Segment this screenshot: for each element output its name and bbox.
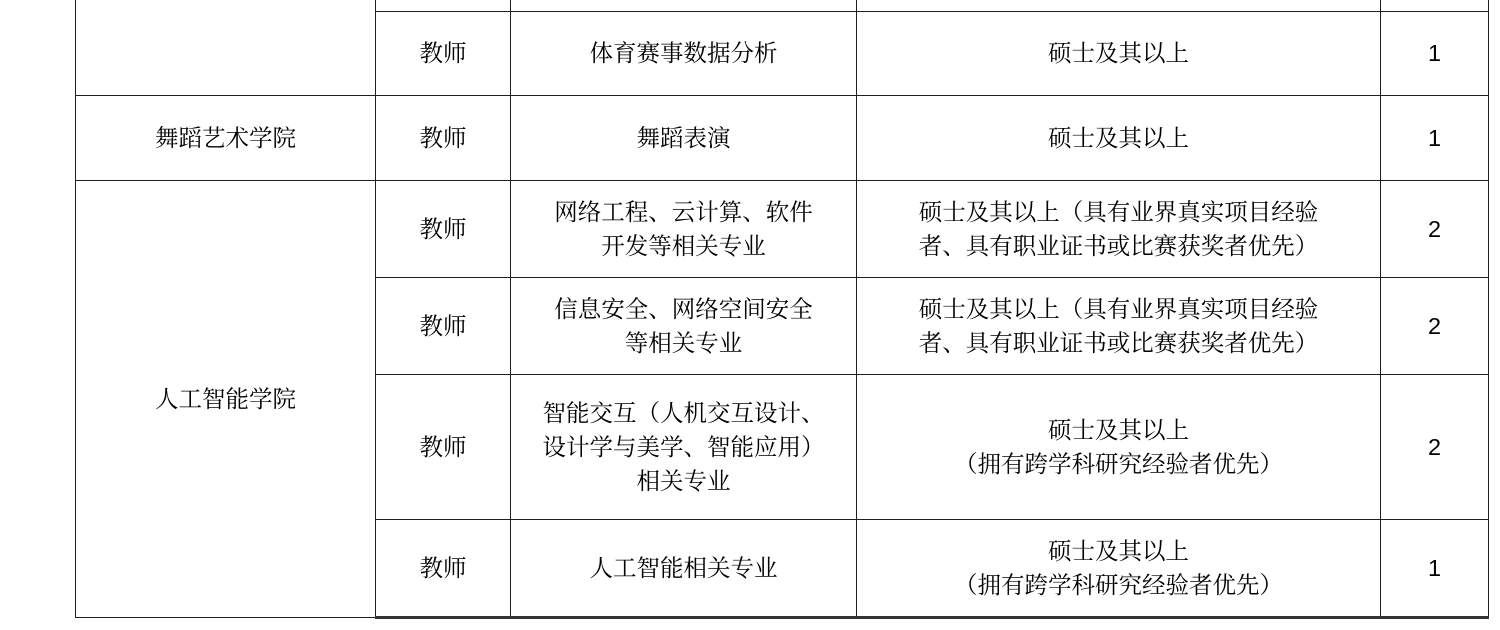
text-line: 开发等相关专业 [511, 229, 856, 263]
table-row: 人工智能学院 教师 网络工程、云计算、软件 开发等相关专业 硕士及其以上（具有业… [76, 180, 1489, 277]
text-line: 设计学与美学、智能应用） [511, 430, 856, 464]
major-cell: 体育赛事数据分析 [511, 11, 857, 95]
count-cell: 1 [1381, 95, 1489, 180]
text-line: 硕士及其以上（具有业界真实项目经验 [857, 292, 1380, 326]
major-cell: 智能交互（人机交互设计、 设计学与美学、智能应用） 相关专业 [511, 374, 857, 519]
table-row: 舞蹈艺术学院 教师 舞蹈表演 硕士及其以上 1 [76, 95, 1489, 180]
text-line: （拥有跨学科研究经验者优先） [857, 447, 1380, 481]
text-line: 智能交互（人机交互设计、 [511, 396, 856, 430]
text-line: （拥有跨学科研究经验者优先） [857, 568, 1380, 602]
text-line: 相关专业 [511, 464, 856, 498]
text-line: 人工智能相关专业 [511, 551, 856, 585]
position-cell: 教师 [376, 519, 511, 617]
major-cell: 人工智能相关专业 [511, 519, 857, 617]
recruitment-table-viewport: 教师 体育赛事数据分析 硕士及其以上 1 舞蹈艺术学院 教师 舞蹈表演 硕士及其… [0, 0, 1500, 630]
count-cell: 1 [1381, 519, 1489, 617]
position-cell: 教师 [376, 11, 511, 95]
education-cell: 硕士及其以上 [857, 95, 1381, 180]
position-cell: 教师 [376, 277, 511, 374]
education-cell: 硕士及其以上 （拥有跨学科研究经验者优先） [857, 519, 1381, 617]
position-cell: 教师 [376, 180, 511, 277]
recruitment-table: 教师 体育赛事数据分析 硕士及其以上 1 舞蹈艺术学院 教师 舞蹈表演 硕士及其… [75, 0, 1489, 619]
college-cell: 人工智能学院 [76, 180, 376, 617]
education-cell: 硕士及其以上（具有业界真实项目经验 者、具有职业证书或比赛获奖者优先） [857, 180, 1381, 277]
text-line: 硕士及其以上（具有业界真实项目经验 [857, 195, 1380, 229]
text-line: 信息安全、网络空间安全 [511, 292, 856, 326]
text-line: 硕士及其以上 [857, 36, 1380, 70]
college-cell [76, 0, 376, 95]
count-cell [1381, 0, 1489, 11]
position-cell: 教师 [376, 95, 511, 180]
text-line: 硕士及其以上 [857, 534, 1380, 568]
count-cell: 2 [1381, 180, 1489, 277]
text-line: 舞蹈表演 [511, 121, 856, 155]
education-cell [857, 0, 1381, 11]
text-line: 等相关专业 [511, 326, 856, 360]
education-cell: 硕士及其以上（具有业界真实项目经验 者、具有职业证书或比赛获奖者优先） [857, 277, 1381, 374]
text-line: 者、具有职业证书或比赛获奖者优先） [857, 229, 1380, 263]
count-cell: 2 [1381, 277, 1489, 374]
text-line: 硕士及其以上 [857, 413, 1380, 447]
table-row-partial [76, 0, 1489, 11]
count-cell: 2 [1381, 374, 1489, 519]
education-cell: 硕士及其以上 （拥有跨学科研究经验者优先） [857, 374, 1381, 519]
position-cell: 教师 [376, 374, 511, 519]
education-cell: 硕士及其以上 [857, 11, 1381, 95]
count-cell: 1 [1381, 11, 1489, 95]
text-line: 者、具有职业证书或比赛获奖者优先） [857, 326, 1380, 360]
major-cell: 舞蹈表演 [511, 95, 857, 180]
major-cell: 信息安全、网络空间安全 等相关专业 [511, 277, 857, 374]
text-line: 体育赛事数据分析 [511, 36, 856, 70]
college-cell: 舞蹈艺术学院 [76, 95, 376, 180]
position-cell [376, 0, 511, 11]
text-line: 硕士及其以上 [857, 121, 1380, 155]
major-cell [511, 0, 857, 11]
text-line: 网络工程、云计算、软件 [511, 195, 856, 229]
major-cell: 网络工程、云计算、软件 开发等相关专业 [511, 180, 857, 277]
